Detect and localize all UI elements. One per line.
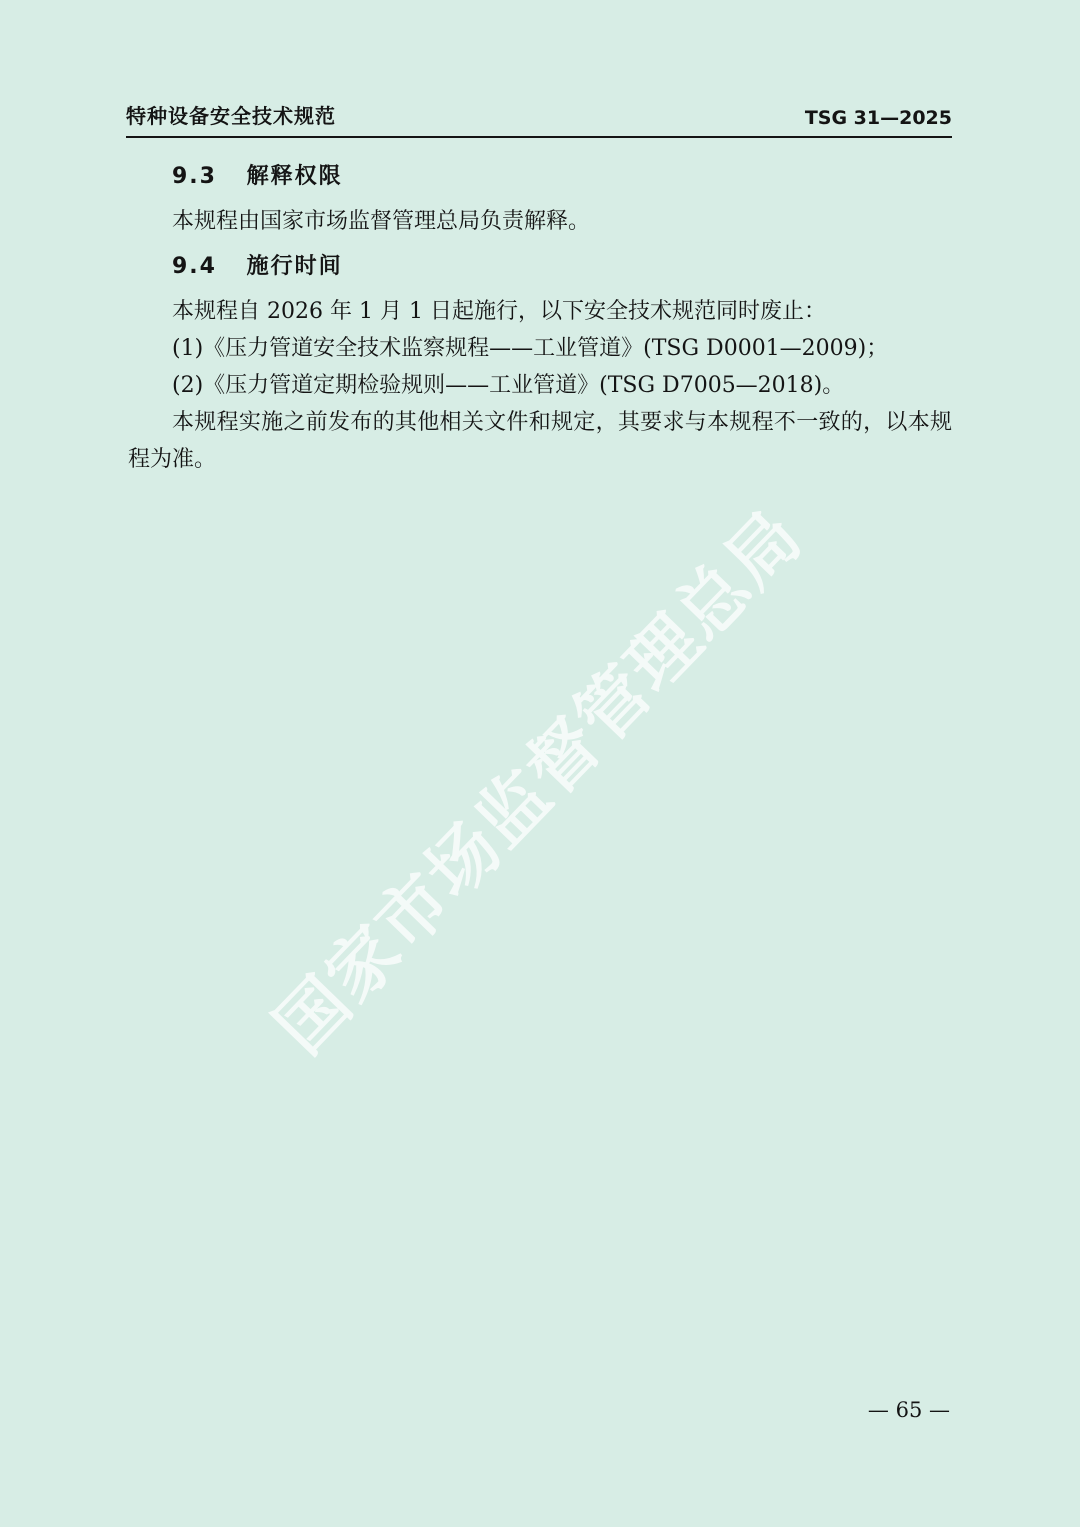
document-body: 9.3 解释权限 本规程由国家市场监督管理总局负责解释。 9.4 施行时间 本规… — [128, 158, 952, 478]
document-page: 国家市场监督管理总局 特种设备安全技术规范 TSG 31—2025 9.3 解释… — [0, 0, 1080, 1527]
watermark-text: 国家市场监督管理总局 — [249, 484, 822, 1072]
section-title-9-3: 解释权限 — [247, 164, 343, 189]
paragraph-effective-date: 本规程自 2026 年 1 月 1 日起施行，以下安全技术规范同时废止： — [128, 293, 952, 330]
paragraph-interpretation: 本规程由国家市场监督管理总局负责解释。 — [128, 203, 952, 240]
section-number-9-4: 9.4 — [172, 254, 217, 279]
page-number: — 65 — — [868, 1398, 950, 1422]
section-heading-9-4: 9.4 施行时间 — [128, 248, 952, 285]
list-item-repealed-1: (1)《压力管道安全技术监察规程——工业管道》(TSG D0001—2009)； — [128, 330, 952, 367]
header-doc-code: TSG 31—2025 — [805, 107, 952, 129]
paragraph-precedence: 本规程实施之前发布的其他相关文件和规定，其要求与本规程不一致的，以本规程为准。 — [128, 404, 952, 478]
section-title-9-4: 施行时间 — [247, 254, 343, 279]
header-spec-title: 特种设备安全技术规范 — [126, 100, 336, 129]
page-header: 特种设备安全技术规范 TSG 31—2025 — [126, 100, 952, 138]
list-item-repealed-2: (2)《压力管道定期检验规则——工业管道》(TSG D7005—2018)。 — [128, 367, 952, 404]
section-heading-9-3: 9.3 解释权限 — [128, 158, 952, 195]
section-number-9-3: 9.3 — [172, 164, 217, 189]
